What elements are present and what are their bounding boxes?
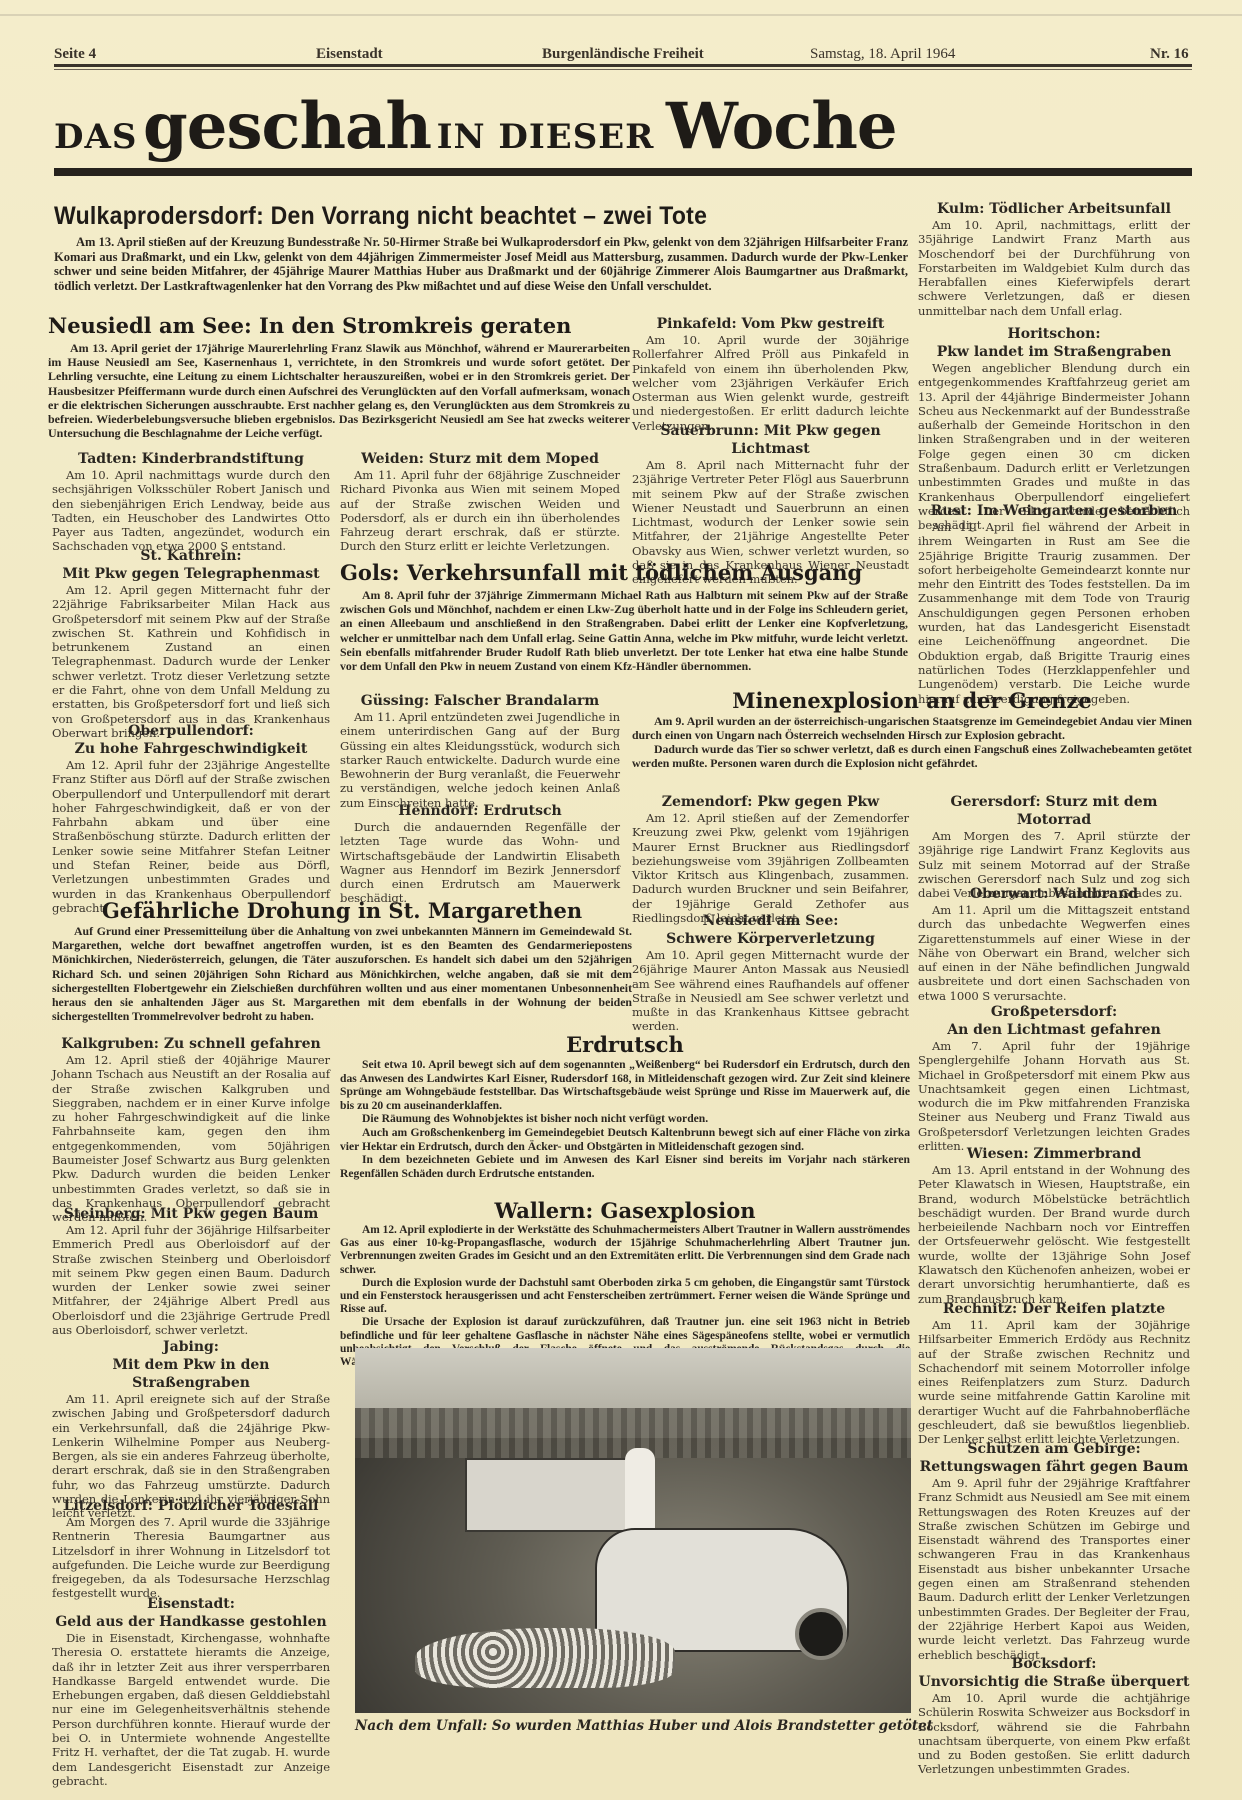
headline: Schwere Körperverletzung: [632, 930, 909, 948]
masthead-paper: Burgenländische Freiheit: [542, 46, 704, 63]
article-body: Am 9. April fuhr der 29jährige Kraftfahr…: [918, 1476, 1190, 1662]
article-oberpullendorf: Oberpullendorf: Zu hohe Fahrgeschwindigk…: [52, 722, 330, 915]
article-weiden: Weiden: Sturz mit dem Moped Am 11. April…: [340, 450, 620, 554]
headline: Bocksdorf:: [918, 1655, 1190, 1673]
article-body: Auf Grund einer Pressemitteilung über di…: [52, 924, 632, 1023]
page-edge-line: [0, 14, 1242, 16]
masthead-rule-thin: [54, 69, 1192, 70]
article-body: Am 12. April fuhr der 23jährige Angestel…: [52, 758, 330, 915]
article-body: Am Morgen des 7. April wurde die 33jähri…: [52, 1515, 330, 1601]
banner-rule: [54, 168, 1192, 176]
article-zemendorf: Zemendorf: Pkw gegen Pkw Am 12. April st…: [632, 793, 909, 925]
headline: Litzelsdorf: Plötzlicher Todesfall: [52, 1497, 330, 1515]
article-kulm: Kulm: Tödlicher Arbeitsunfall Am 10. Apr…: [918, 200, 1190, 318]
headline: Jabing:: [52, 1338, 330, 1356]
article-body: In dem bezeichneten Gebiete und im Anwes…: [340, 1153, 910, 1180]
article-neusiedl-stromkreis: Neusiedl am See: In den Stromkreis gerat…: [48, 313, 630, 440]
headline: Geld aus der Handkasse gestohlen: [52, 1613, 330, 1631]
article-wiesen: Wiesen: Zimmerbrand Am 13. April entstan…: [918, 1145, 1190, 1306]
article-erdrutsch: Erdrutsch Seit etwa 10. April bewegt sic…: [340, 1032, 910, 1180]
headline: Wiesen: Zimmerbrand: [918, 1145, 1190, 1163]
article-body: Am 10. April wurde die achtjährige Schül…: [918, 1691, 1190, 1777]
accident-photo: [355, 1348, 911, 1713]
headline: Wallern: Gasexplosion: [340, 1198, 910, 1224]
article-rechnitz: Rechnitz: Der Reifen platzte Am 11. Apri…: [918, 1300, 1190, 1447]
article-body: Auch am Großschenkenberg im Gemeindegebi…: [340, 1126, 910, 1153]
banner-word: IN DIESER: [437, 117, 655, 157]
article-schuetzen: Schützen am Gebirge: Rettungswagen fährt…: [918, 1440, 1190, 1662]
masthead-rule: [54, 64, 1192, 67]
article-body: Durch die andauernden Regenfälle der let…: [340, 820, 620, 906]
article-neusiedl-koerperverletzung: Neusiedl am See: Schwere Körperverletzun…: [632, 912, 909, 1034]
headline: Erdrutsch: [340, 1032, 910, 1058]
headline: Oberpullendorf:: [52, 722, 330, 740]
article-body: Am 11. April kam der 30jährige Hilfsarbe…: [918, 1318, 1190, 1447]
article-tadten: Tadten: Kinderbrandstiftung Am 10. April…: [52, 450, 330, 554]
headline: Unvorsichtig die Straße überquert: [918, 1673, 1190, 1691]
headline: St. Kathrein:: [52, 547, 330, 565]
article-body: Am 13. April stießen auf der Kreuzung Bu…: [54, 235, 908, 293]
banner-word: DAS: [54, 117, 137, 157]
article-wulkaprodersdorf: Wulkaprodersdorf: Den Vorrang nicht beac…: [54, 202, 908, 293]
article-body: Die in Eisenstadt, Kirchengasse, wohnhaf…: [52, 1631, 330, 1788]
headline: Zu hohe Fahrgeschwindigkeit: [52, 740, 330, 758]
headline: Tadten: Kinderbrandstiftung: [52, 450, 330, 468]
headline: Rettungswagen fährt gegen Baum: [918, 1458, 1190, 1476]
masthead-date: Samstag, 18. April 1964: [810, 46, 955, 63]
article-guessing: Güssing: Falscher Brandalarm Am 11. Apri…: [340, 692, 620, 810]
article-body: Am 10. April, nachmittags, erlitt der 35…: [918, 218, 1190, 318]
masthead-city: Eisenstadt: [316, 46, 383, 63]
headline: Schützen am Gebirge:: [918, 1440, 1190, 1458]
article-jabing: Jabing: Mit dem Pkw in den Straßengraben…: [52, 1338, 330, 1521]
headline: Mit Pkw gegen Telegraphenmast: [52, 565, 330, 583]
headline: Rechnitz: Der Reifen platzte: [918, 1300, 1190, 1318]
article-body: Am 10. April wurde der 30jährige Rollerf…: [632, 333, 909, 433]
article-body: Am 12. April stießen auf der Zemendorfer…: [632, 811, 909, 925]
photo-person: [625, 1448, 655, 1538]
article-st-kathrein: St. Kathrein: Mit Pkw gegen Telegraphenm…: [52, 547, 330, 740]
headline: An den Lichtmast gefahren: [918, 1021, 1190, 1039]
headline: Henndorf: Erdrutsch: [340, 802, 620, 820]
photo-caption: Nach dem Unfall: So wurden Matthias Hube…: [355, 1718, 955, 1734]
article-body: Am 10. April nachmittags wurde durch den…: [52, 468, 330, 554]
article-minenexplosion: Minenexplosion an der Grenze Am 9. April…: [632, 688, 1192, 770]
article-wallern: Wallern: Gasexplosion Am 12. April explo…: [340, 1198, 910, 1369]
article-litzelsdorf: Litzelsdorf: Plötzlicher Todesfall Am Mo…: [52, 1497, 330, 1601]
article-body: Am 12. April fuhr der 36jährige Hilfsarb…: [52, 1223, 330, 1337]
article-oberwart: Oberwart: Waldbrand Am 11. April um die …: [918, 885, 1190, 1003]
article-body: Am 10. April gegen Mitternacht wurde der…: [632, 948, 909, 1034]
photo-wheel: [795, 1608, 847, 1660]
article-body: Am 11. April fiel während der Arbeit in …: [918, 520, 1190, 706]
article-body: Dadurch wurde das Tier so schwer verletz…: [632, 742, 1192, 770]
headline: Oberwart: Waldbrand: [918, 885, 1190, 903]
article-body: Seit etwa 10. April bewegt sich auf dem …: [340, 1058, 910, 1112]
article-st-margarethen: Gefährliche Drohung in St. Margarethen A…: [52, 898, 632, 1023]
article-body: Am 13. April entstand in der Wohnung des…: [918, 1163, 1190, 1306]
article-body: Am 12. April stieß der 40jährige Maurer …: [52, 1053, 330, 1225]
article-body: Am 8. April fuhr der 37jährige Zimmerman…: [340, 588, 908, 673]
headline: Steinberg: Mit Pkw gegen Baum: [52, 1205, 330, 1223]
article-henndorf: Henndorf: Erdrutsch Durch die andauernde…: [340, 802, 620, 906]
masthead-issue: Nr. 16: [1150, 46, 1189, 63]
headline: Kulm: Tödlicher Arbeitsunfall: [918, 200, 1190, 218]
article-body: Am 12. April explodierte in der Werkstät…: [340, 1224, 910, 1277]
newspaper-page: Seite 4 Eisenstadt Burgenländische Freih…: [0, 0, 1242, 1800]
article-body: Am 13. April geriet der 17jährige Maurer…: [48, 341, 630, 440]
headline: Rust: Im Weingarten gestorben: [918, 502, 1190, 520]
article-body: Durch die Explosion wurde der Dachstuhl …: [340, 1277, 910, 1317]
headline: Minenexplosion an der Grenze: [632, 688, 1192, 714]
headline: Zemendorf: Pkw gegen Pkw: [632, 793, 909, 811]
article-grosspetersdorf: Großpetersdorf: An den Lichtmast gefahre…: [918, 1003, 1190, 1153]
headline: Gerersdorf: Sturz mit dem Motorrad: [918, 793, 1190, 829]
article-pinkafeld: Pinkafeld: Vom Pkw gestreift Am 10. Apri…: [632, 315, 909, 433]
headline: Weiden: Sturz mit dem Moped: [340, 450, 620, 468]
headline: Horitschon:: [918, 325, 1190, 343]
article-kalkgruben: Kalkgruben: Zu schnell gefahren Am 12. A…: [52, 1035, 330, 1225]
article-eisenstadt: Eisenstadt: Geld aus der Handkasse gesto…: [52, 1595, 330, 1788]
headline: Neusiedl am See:: [632, 912, 909, 930]
article-rust: Rust: Im Weingarten gestorben Am 11. Apr…: [918, 502, 1190, 706]
photo-truck: [465, 1458, 649, 1532]
headline: Pinkafeld: Vom Pkw gestreift: [632, 315, 909, 333]
headline: Gols: Verkehrsunfall mit tödlichem Ausga…: [340, 560, 908, 586]
headline: Kalkgruben: Zu schnell gefahren: [52, 1035, 330, 1053]
article-body: Am 9. April wurden an der österreichisch…: [632, 714, 1192, 742]
article-body: Am 11. April um die Mittagszeit entstand…: [918, 903, 1190, 1003]
article-body: Die Räumung des Wohnobjektes ist bisher …: [340, 1112, 910, 1126]
photo-covered-body: [415, 1628, 675, 1688]
article-steinberg: Steinberg: Mit Pkw gegen Baum Am 12. Apr…: [52, 1205, 330, 1337]
headline: Neusiedl am See: In den Stromkreis gerat…: [48, 313, 630, 339]
headline: Güssing: Falscher Brandalarm: [340, 692, 620, 710]
article-body: Am 7. April fuhr der 19jährige Spenglerg…: [918, 1039, 1190, 1153]
headline: Mit dem Pkw in den Straßengraben: [52, 1356, 330, 1392]
page-number: Seite 4: [54, 46, 96, 63]
article-body: Am 12. April gegen Mitternacht fuhr der …: [52, 583, 330, 740]
headline: Eisenstadt:: [52, 1595, 330, 1613]
headline: Gefährliche Drohung in St. Margarethen: [52, 898, 632, 924]
page-banner-title: DAS geschah IN DIESER Woche: [54, 92, 1192, 162]
article-bocksdorf: Bocksdorf: Unvorsichtig die Straße überq…: [918, 1655, 1190, 1777]
article-body: Am 11. April entzündeten zwei Jugendlich…: [340, 710, 620, 810]
headline: Sauerbrunn: Mit Pkw gegen Lichtmast: [632, 422, 909, 458]
article-gols: Gols: Verkehrsunfall mit tödlichem Ausga…: [340, 560, 908, 673]
headline: Großpetersdorf:: [918, 1003, 1190, 1021]
headline: Pkw landet im Straßengraben: [918, 343, 1190, 361]
banner-word: Woche: [666, 89, 897, 164]
banner-word: geschah: [143, 89, 431, 164]
article-body: Am 11. April fuhr der 68jährige Zuschnei…: [340, 468, 620, 554]
headline: Wulkaprodersdorf: Den Vorrang nicht beac…: [54, 202, 840, 231]
